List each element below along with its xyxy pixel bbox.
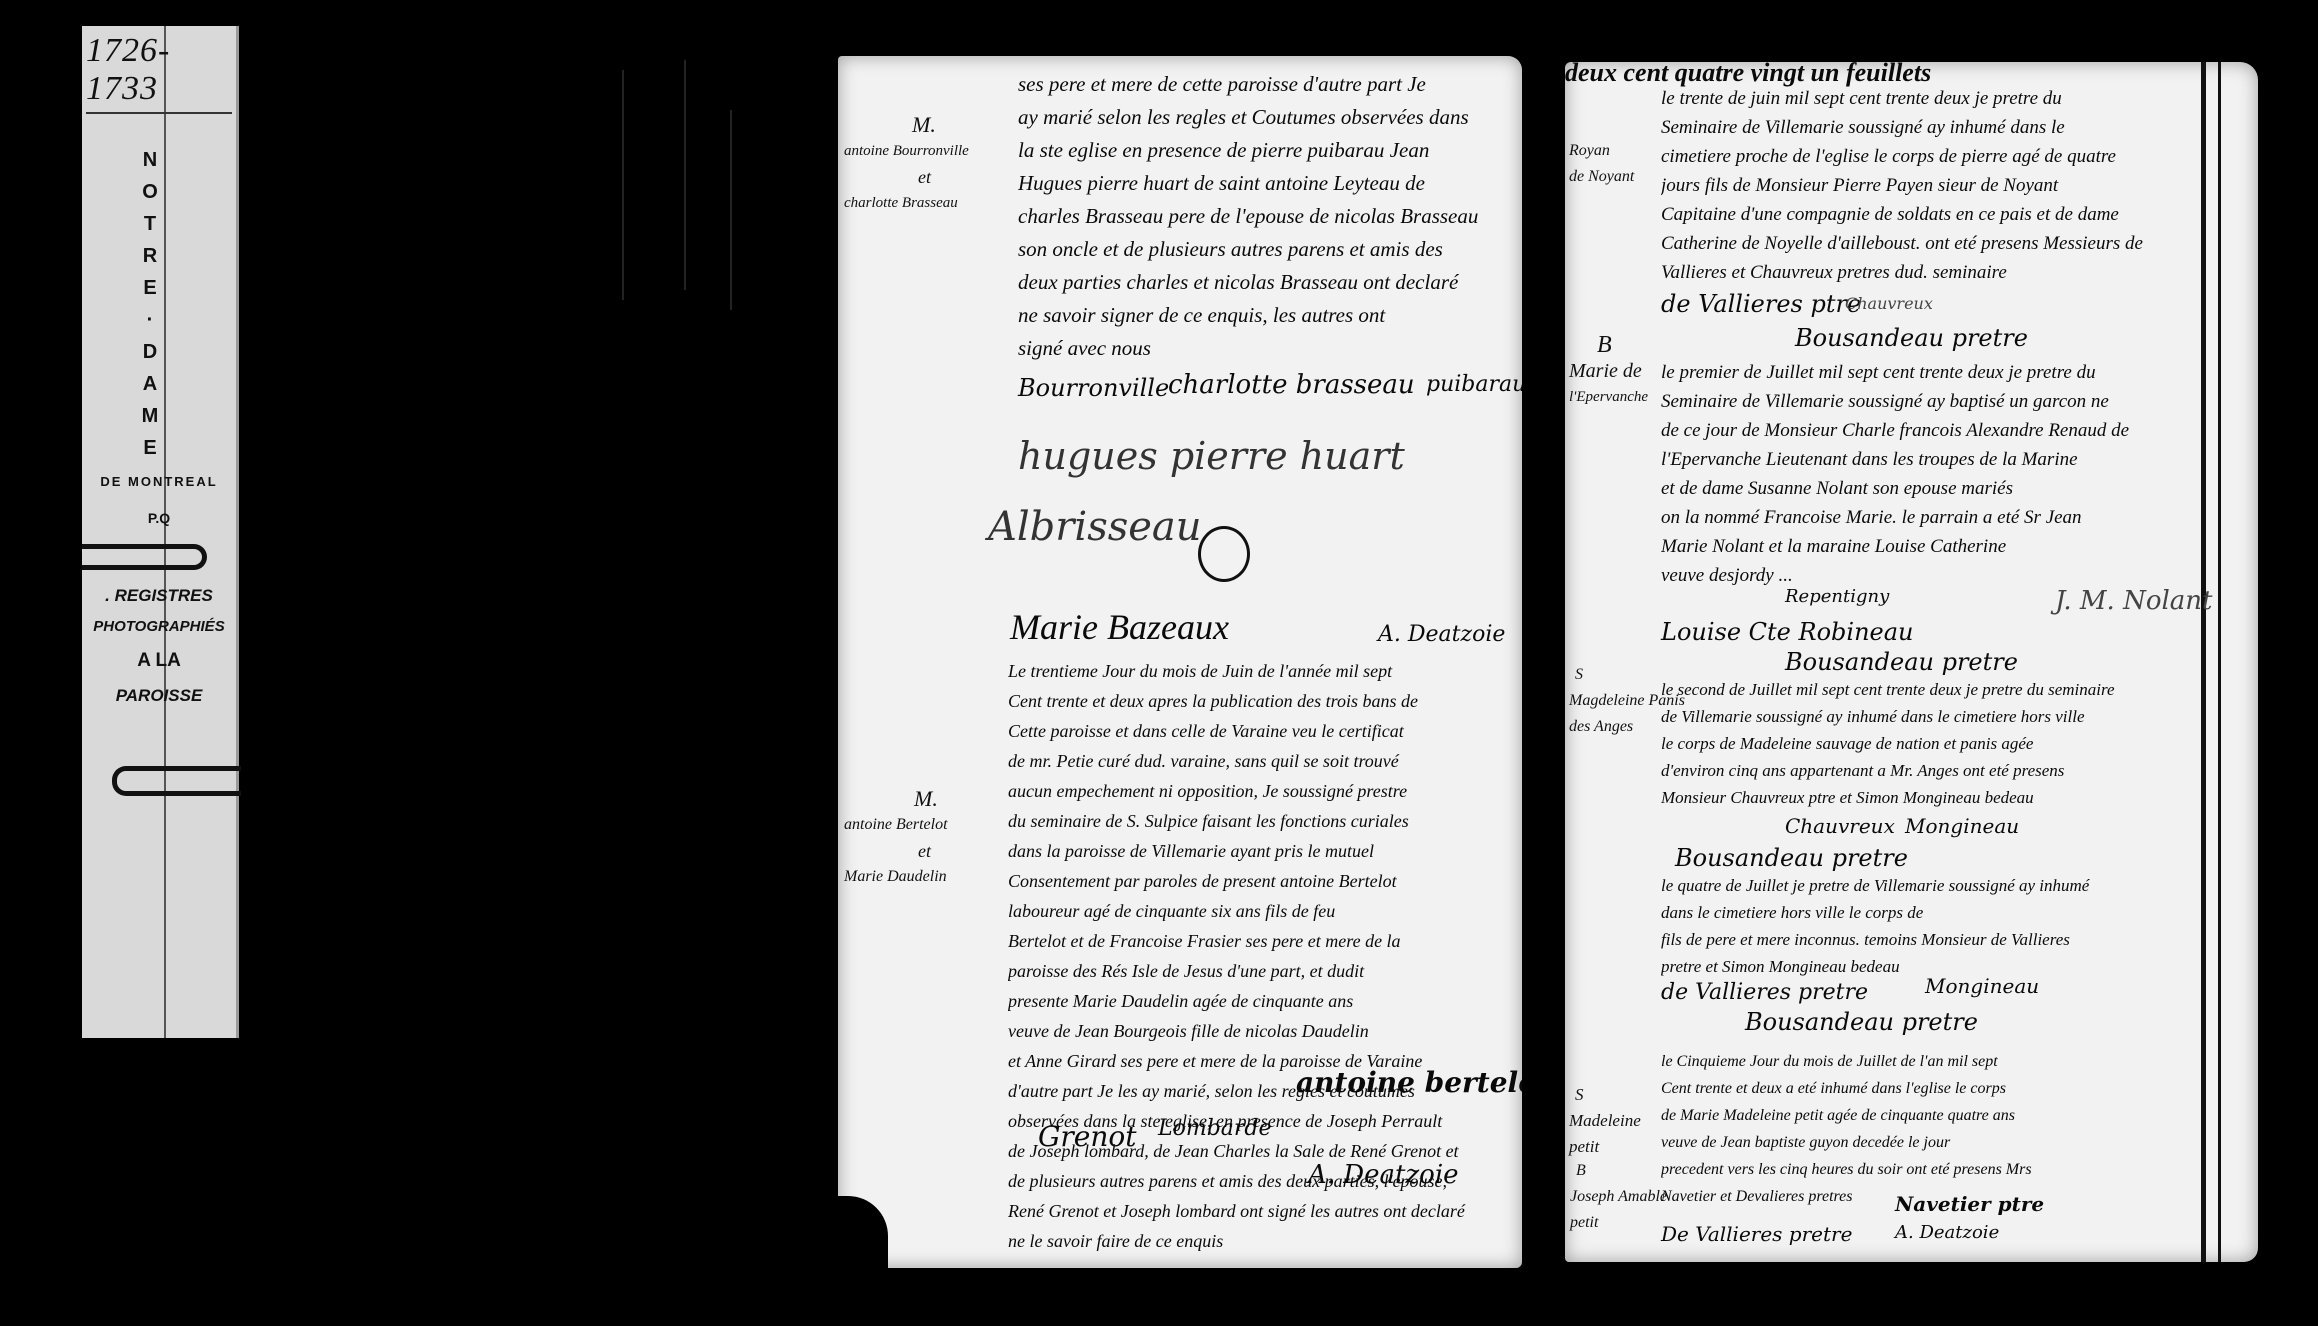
signature-de-vallieres: De Vallieres pretre [1661,1222,1852,1246]
signature-bourronville: Bourronville [1018,374,1169,402]
signature-bousandeau: Bousandeau pretre [1675,844,1908,872]
signature-bousandeau: Bousandeau pretre [1785,648,2018,676]
scan-artifact [730,110,732,310]
margin-note-baptism-joseph-amable: B Joseph Amable petit [1570,1158,1667,1236]
place-label: DE MONTREAL [86,474,232,489]
province-label: P.Q [86,510,232,526]
right-entry-4-text: le quatre de Juillet je pretre de Villem… [1661,872,2201,980]
margin-note-baptism-epervanche: B Marie de l'Epervanche [1569,332,1648,410]
margin-note-burial-madeleine-petit: S Madeleine petit [1569,1082,1641,1160]
year-range: 1726-1733 [86,32,232,114]
signature-bousandeau: Bousandeau pretre [1745,1008,1978,1036]
signature-louise-robineau: Louise Cte Robineau [1661,618,1914,646]
right-entry-2-text: le premier de Juillet mil sept cent tren… [1661,358,2201,590]
strip-fold-line [164,26,166,1038]
entry-1-text: ses pere et mere de cette paroisse d'aut… [1018,68,1518,365]
signature-de-vallieres: de Vallieres pretre [1661,980,1868,1005]
entry-2-signature-right: A. Deatzoie [1378,622,1505,647]
note-line-1: . REGISTRES [86,586,232,606]
signature-nolant: J. M. Nolant [2055,586,2213,616]
signature-grenot: Grenot [1038,1120,1136,1153]
signature-navetier: Navetier ptre [1895,1192,2044,1216]
archive-label-strip: 1726-1733 N O T R E · D A M E DE MONTREA… [82,26,239,1038]
right-entry-3-text: le second de Juillet mil sept cent trent… [1661,676,2201,811]
register-page-right: deux cent quatre vingt un feuillets Roya… [1565,62,2258,1262]
signature-antoine-bertelot: antoine bertelot [1296,1066,1550,1099]
scan-artifact [684,60,686,290]
signature-repentigny: Repentigny [1785,586,1889,607]
book-gutter [1522,50,1565,1326]
right-entry-1-text: le trente de juin mil sept cent trente d… [1661,84,2201,287]
parish-name-vertical: N O T R E · D A M E [138,144,162,464]
paperclip-mark [112,766,241,796]
signature-chauvreux: Chauvreux [1845,294,1933,313]
margin-note-burial-noyant: Royan de Noyant [1569,138,1634,190]
signature-mongineau: Mongineau [1925,974,2039,998]
margin-note-marriage-1: M. antoine Bourronville et charlotte Bra… [878,112,969,216]
register-page-left: M. antoine Bourronville et charlotte Bra… [838,56,1522,1268]
signature-bousandeau: Bousandeau pretre [1795,324,2028,352]
page-border-rule [2218,62,2221,1262]
signature-charlotte-brasseau: charlotte brasseau [1168,370,1415,400]
signature-chauvreux: Chauvreux [1785,814,1895,838]
scan-artifact [622,70,624,300]
margin-note-marriage-2: M. antoine Bertelot et Marie Daudelin [878,786,948,890]
note-line-3: A LA [86,650,232,672]
signature-mongineau: Mongineau [1905,814,2019,838]
paperclip-mark [82,544,207,570]
signature-lombarde: Lombarde [1158,1116,1272,1141]
page-border-rule [2201,62,2206,1262]
note-line-4: PAROISSE [86,686,232,706]
signature-flourish-mark [1198,526,1250,582]
signature-deatzoie: A. Deatzoie [1895,1222,1999,1243]
signature-puibarau: puibarau [1426,372,1526,397]
signature-hugues-huart: hugues pierre huart [1018,434,1405,478]
signature-deatzoie: A. Deatzoie [1308,1160,1459,1190]
right-entry-5-text: le Cinquieme Jour du mois de Juillet de … [1661,1048,2201,1210]
page-corner-shadow [834,1196,888,1276]
signature-de-vallieres: de Vallieres ptre [1661,290,1861,318]
note-line-2: PHOTOGRAPHIÉS [86,618,232,635]
signature-albrisseau: Albrisseau [988,504,1202,550]
entry-2-heading: Marie Bazeaux [1010,606,1229,648]
